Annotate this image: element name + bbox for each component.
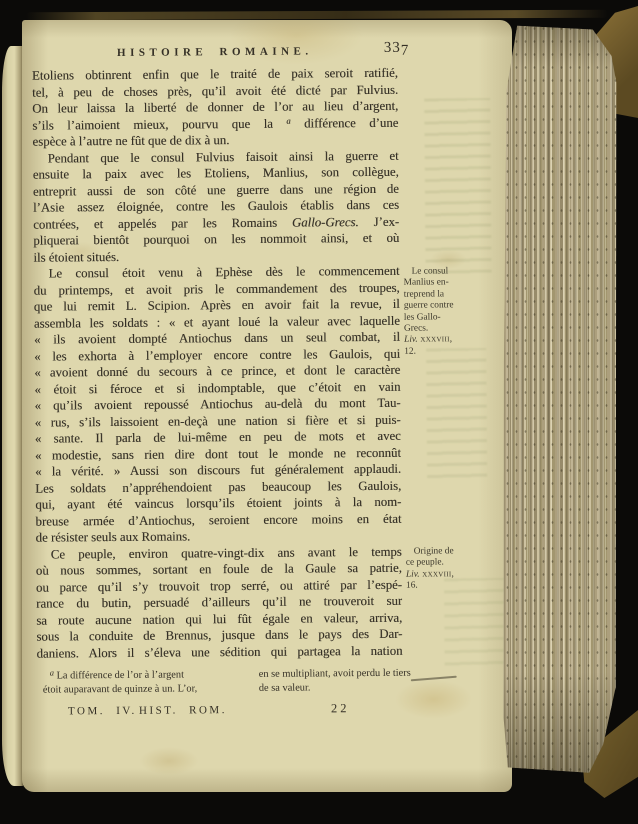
text-line: étoit auparavant de quinze à un. L’or,: [43, 682, 257, 697]
text-line: daniens. Alors il s’éleva une sédition q…: [36, 642, 402, 661]
book-fore-edge-pages: [503, 22, 621, 778]
text-line: guerre contre: [404, 300, 470, 312]
page-text-layer: HISTOIRE ROMAINE. 337 Etoliens obtinrent…: [20, 18, 516, 794]
footer-sheet-number: 22: [331, 701, 350, 716]
footer-title-abbrev: HIST. ROM.: [139, 704, 227, 717]
footnote-column-left: a La différence de l’or à l’argentétoit …: [43, 668, 257, 697]
text-line: 12.: [404, 346, 470, 358]
text-line: ce peuple.: [406, 558, 472, 570]
page-number: 337: [384, 40, 410, 57]
footnote-column-right: en se multipliant, avoit perdu le tiersd…: [259, 666, 445, 695]
text-line: les Gallo-: [404, 312, 470, 324]
body-text: Etoliens obtinrent enfin que le traité d…: [32, 65, 403, 662]
text-line: Manlius en-: [404, 278, 470, 290]
text-line: de sa valeur.: [259, 680, 445, 695]
margin-note-manlius: Le consulManlius en-treprend laguerre co…: [404, 266, 471, 358]
text-line: breuse armée d’Antiochus, seroient encor…: [35, 510, 401, 529]
text-line: Liv. xxxviii,: [404, 335, 470, 347]
text-line: treprend la: [404, 289, 470, 301]
show-through-text: [424, 98, 491, 274]
text-line: Le consul: [404, 266, 470, 278]
text-line: Liv. xxxviii,: [406, 569, 472, 581]
margin-note-origine: Origine dece peuple.Liv. xxxviii,16.: [406, 546, 472, 592]
running-header: HISTOIRE ROMAINE.: [30, 45, 400, 60]
show-through-text: [426, 348, 487, 478]
text-line: Origine de: [406, 546, 472, 558]
footer-volume-signature: TOM. IV.: [68, 705, 137, 718]
text-line: Grecs.: [404, 323, 470, 335]
book-scan: { "palette": { "background": "#0b0a08", …: [0, 0, 638, 824]
text-line: s’ils l’aimoient mieux, pourvu que la a …: [32, 114, 398, 133]
text-line: pliquerai bientôt pourquoi on les nommoi…: [33, 230, 399, 249]
text-line: 16.: [406, 580, 472, 592]
book-page: HISTOIRE ROMAINE. 337 Etoliens obtinrent…: [22, 20, 512, 792]
